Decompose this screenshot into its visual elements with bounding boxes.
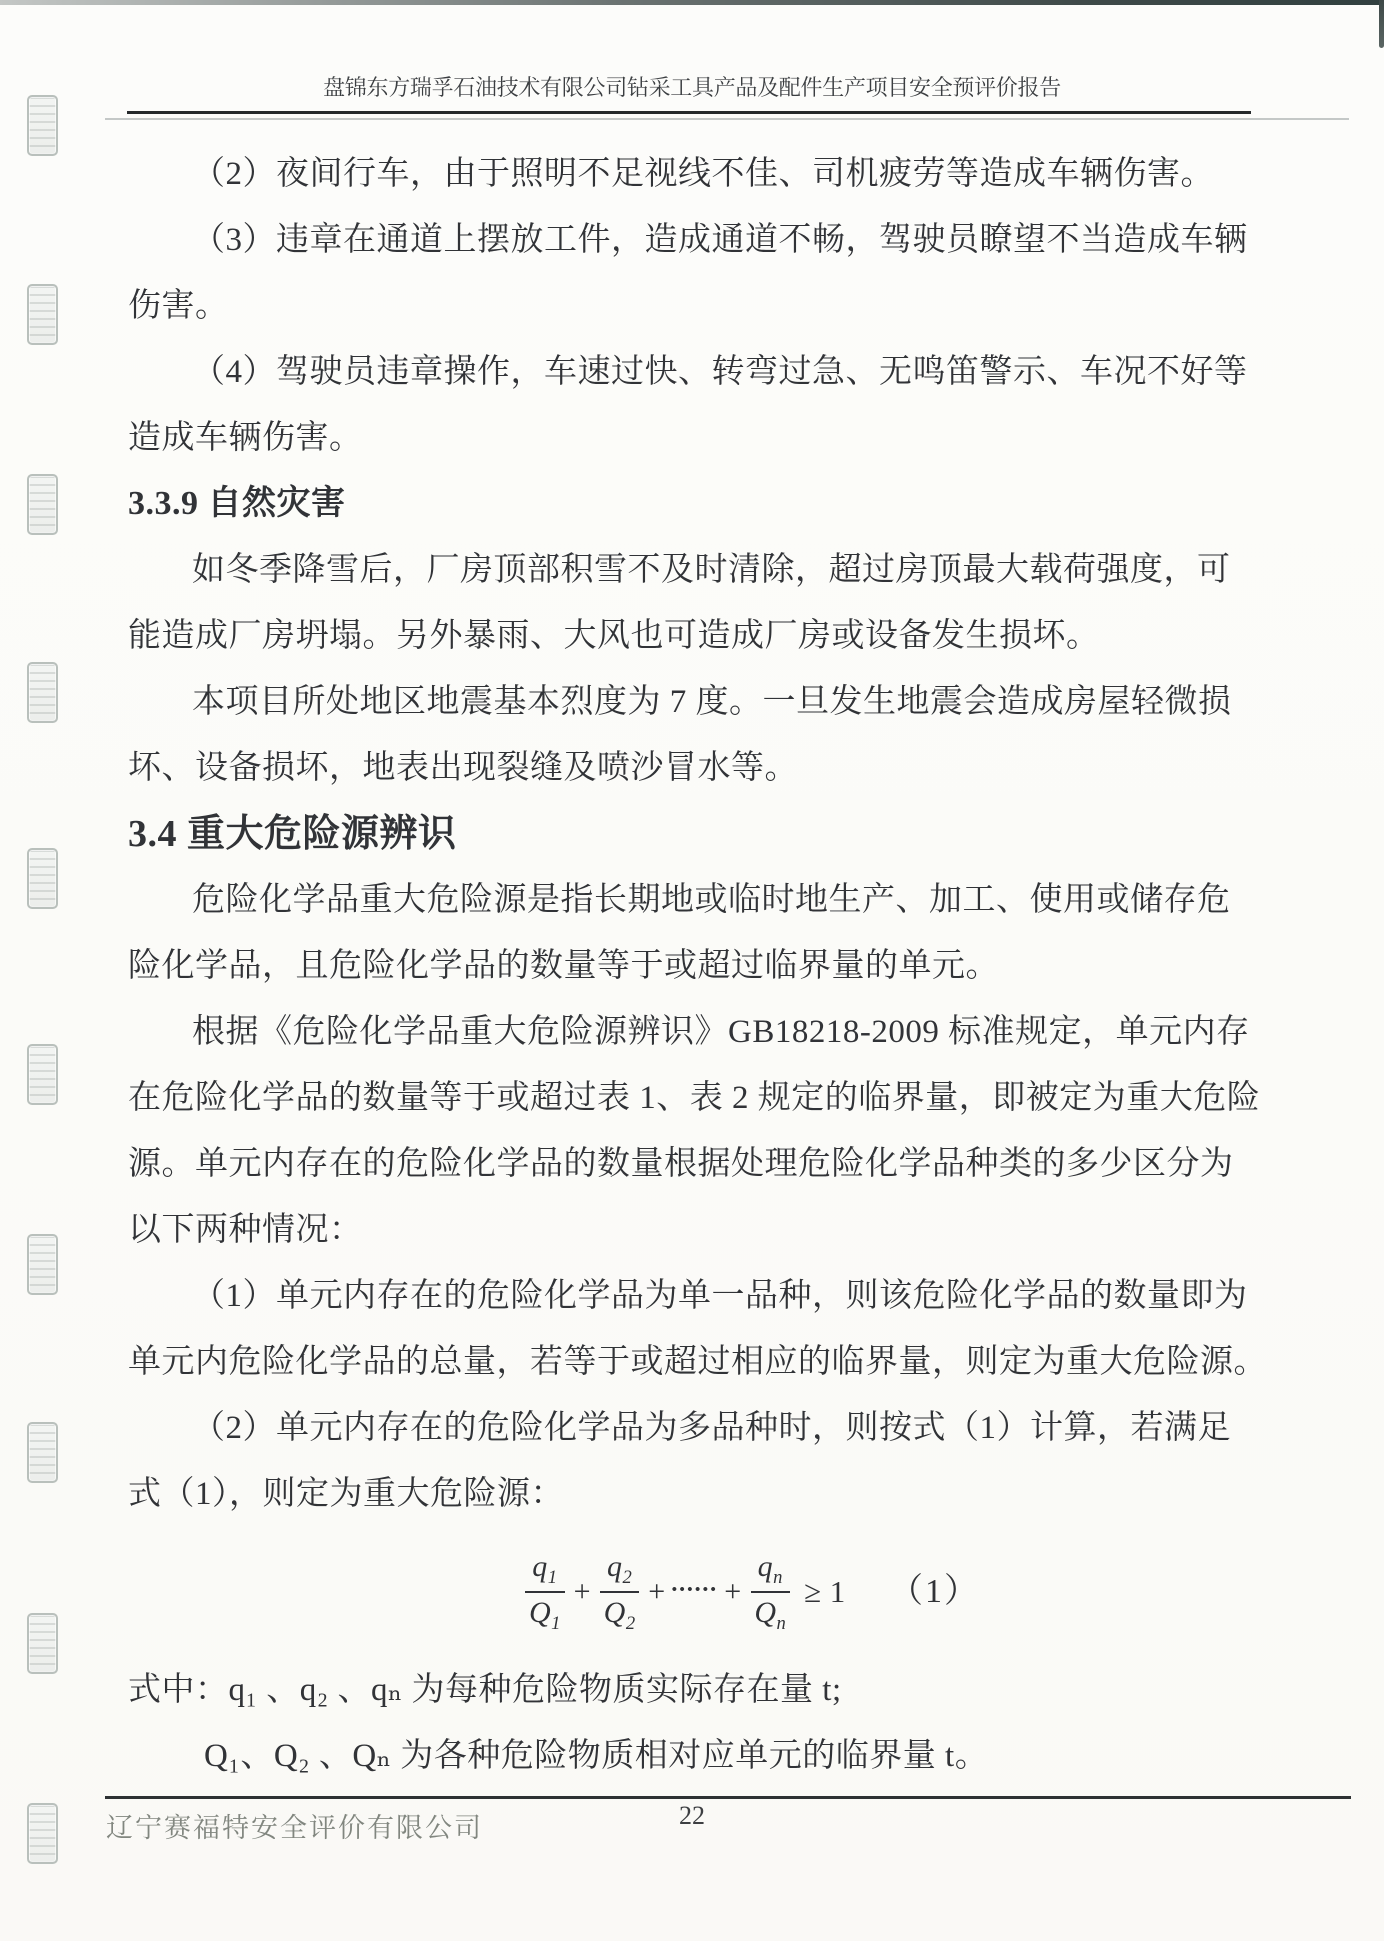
text-line: 式（1），则定为重大危险源： — [128, 1461, 1298, 1527]
body-text: （2）夜间行车，由于照明不足视线不佳、司机疲劳等造成车辆伤害。（3）违章在通道上… — [128, 141, 1298, 1527]
text-line: （4）驾驶员违章操作，车速过快、转弯过急、无鸣笛警示、车况不好等 — [128, 339, 1298, 405]
operator: + — [724, 1559, 741, 1625]
text-line: 根据《危险化学品重大危险源辨识》GB18218-2009 标准规定，单元内存 — [128, 999, 1298, 1065]
header-rule — [127, 111, 1251, 114]
text-line: （2）夜间行车，由于照明不足视线不佳、司机疲劳等造成车辆伤害。 — [128, 141, 1298, 207]
text-line: （1）单元内存在的危险化学品为单一品种，则该危险化学品的数量即为 — [128, 1263, 1298, 1329]
fraction: q2Q2 — [600, 1550, 639, 1635]
text-line: 如冬季降雪后，厂房顶部积雪不及时清除，超过房顶最大载荷强度，可 — [128, 537, 1298, 603]
text-line: 在危险化学品的数量等于或超过表 1、表 2 规定的临界量，即被定为重大危险 — [128, 1065, 1298, 1131]
text-line: 伤害。 — [128, 273, 1298, 339]
binder-hole — [27, 1234, 58, 1295]
text-line: （2）单元内存在的危险化学品为多品种时，则按式（1）计算，若满足 — [128, 1395, 1298, 1461]
text-line: 险化学品，且危险化学品的数量等于或超过临界量的单元。 — [128, 933, 1298, 999]
text-line: 造成车辆伤害。 — [128, 405, 1298, 471]
text-line: 单元内危险化学品的总量，若等于或超过相应的临界量，则定为重大危险源。 — [128, 1329, 1298, 1395]
text-line: 本项目所处地区地震基本烈度为 7 度。一旦发生地震会造成房屋轻微损 — [128, 669, 1298, 735]
fraction: q1Q1 — [525, 1550, 564, 1635]
binder-hole — [27, 474, 58, 535]
page-number: 22 — [642, 1801, 742, 1831]
scan-edge-right-corner — [1379, 0, 1384, 48]
fraction: qnQn — [751, 1550, 790, 1635]
operator: + — [574, 1559, 591, 1625]
binder-hole — [27, 848, 58, 909]
ellipsis: •••••• — [672, 1557, 719, 1623]
footer-company-name: 辽宁赛福特安全评价有限公司 — [106, 1806, 483, 1845]
text-line: 式中：q₁ 、q₂ 、qₙ 为每种危险物质实际存在量 t; — [128, 1657, 1298, 1723]
text-line: 以下两种情况： — [128, 1197, 1298, 1263]
section-heading: 3.3.9 自然灾害 — [128, 471, 1298, 537]
formula-number: （1） — [889, 1559, 980, 1625]
footer-rule — [105, 1796, 1351, 1799]
text-line: 源。单元内存在的危险化学品的数量根据处理危险化学品种类的多少区分为 — [128, 1131, 1298, 1197]
formula-legend: 式中：q₁ 、q₂ 、qₙ 为每种危险物质实际存在量 t;Q₁、Q₂ 、Qₙ 为… — [128, 1657, 1298, 1789]
binder-hole — [27, 1803, 58, 1864]
section-heading: 3.4 重大危险源辨识 — [128, 801, 1298, 867]
text-line: Q₁、Q₂ 、Qₙ 为各种危险物质相对应单元的临界量 t。 — [128, 1723, 1298, 1789]
text-line: 危险化学品重大危险源是指长期地或临时地生产、加工、使用或储存危 — [128, 867, 1298, 933]
report-header-title: 盘锦东方瑞孚石油技术有限公司钻采工具产品及配件生产项目安全预评价报告 — [0, 71, 1384, 102]
document-page: 盘锦东方瑞孚石油技术有限公司钻采工具产品及配件生产项目安全预评价报告 （2）夜间… — [0, 0, 1384, 1941]
text-line: 坏、设备损坏，地表出现裂缝及喷沙冒水等。 — [128, 735, 1298, 801]
document-body: （2）夜间行车，由于照明不足视线不佳、司机疲劳等造成车辆伤害。（3）违章在通道上… — [128, 141, 1298, 1789]
binder-hole — [27, 1044, 58, 1105]
binder-hole — [27, 284, 58, 345]
binder-hole — [27, 662, 58, 723]
scan-edge-top — [0, 0, 1384, 5]
operator: + — [648, 1559, 665, 1625]
text-line: 能造成厂房坍塌。另外暴雨、大风也可造成厂房或设备发生损坏。 — [128, 603, 1298, 669]
operator: ≥ 1 — [804, 1559, 846, 1625]
text-line: （3）违章在通道上摆放工件，造成通道不畅，驾驶员瞭望不当造成车辆 — [128, 207, 1298, 273]
binder-hole — [27, 1422, 58, 1483]
binder-hole — [27, 1613, 58, 1674]
formula: q1Q1+q2Q2+••••••+qnQn≥ 1 （1） — [98, 1527, 1268, 1657]
formula-expression: q1Q1+q2Q2+••••••+qnQn≥ 1 — [520, 1550, 845, 1635]
binder-hole — [27, 95, 58, 156]
